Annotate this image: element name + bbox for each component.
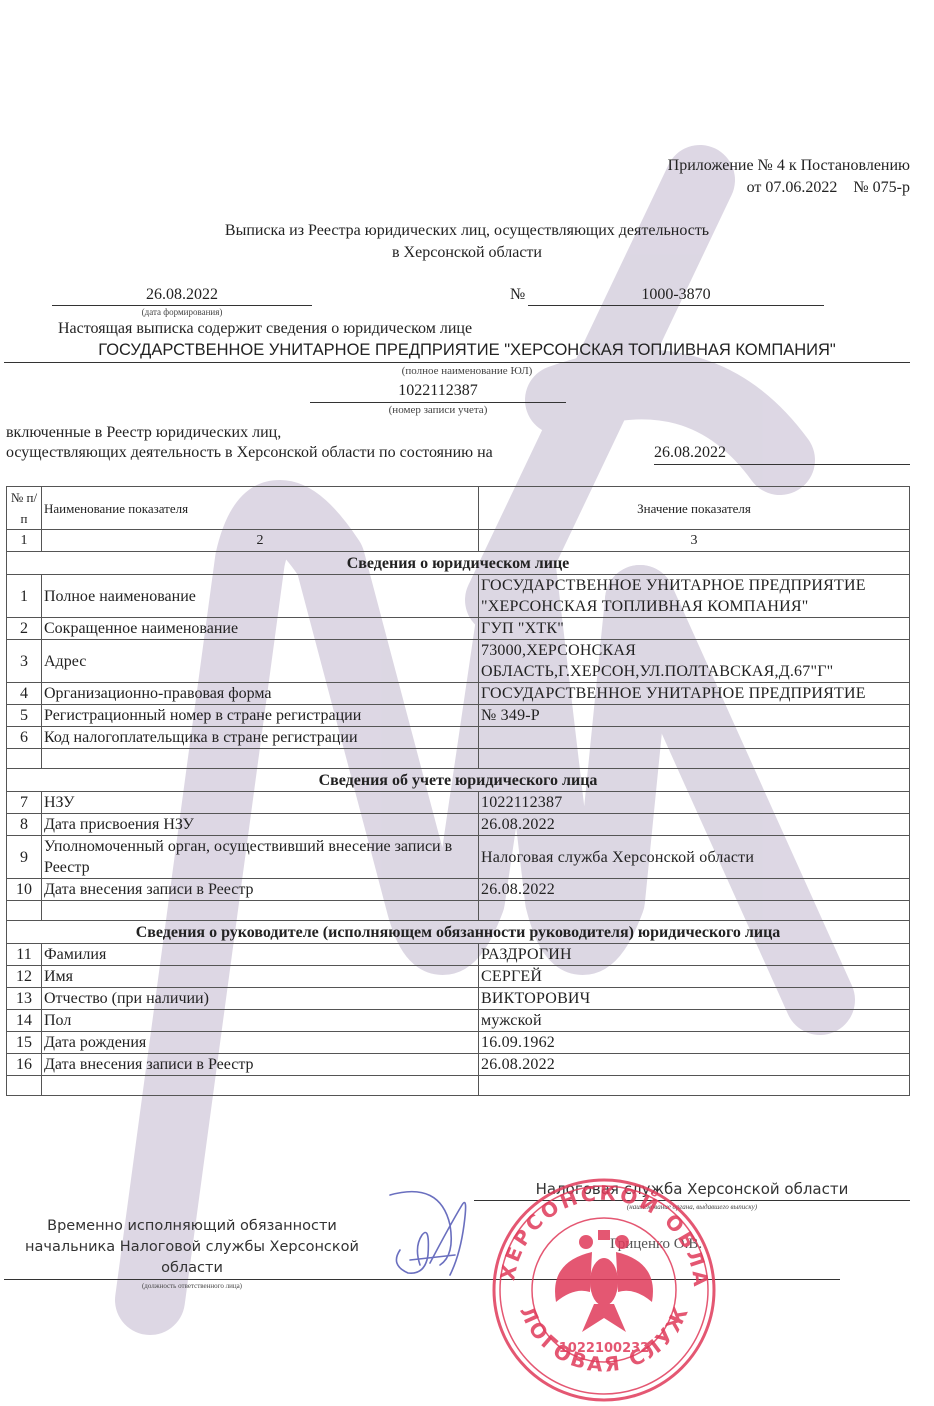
row-number: 11 [7, 944, 42, 966]
row-number: 2 [7, 618, 42, 640]
record-caption: (номер записи учета) [310, 404, 566, 416]
row-number: 5 [7, 705, 42, 727]
row-number: 4 [7, 683, 42, 705]
table-row: 14Полмужской [7, 1010, 910, 1032]
extract-number: 1000-3870 [528, 286, 824, 304]
appendix-reference: Приложение № 4 к Постановлению от 07.06.… [668, 155, 910, 199]
table-row: 13Отчество (при наличии)ВИКТОРОВИЧ [7, 988, 910, 1010]
row-indicator-name: Дата присвоения НЗУ [42, 814, 479, 836]
section-header-row: Сведения об учете юридического лица [7, 769, 910, 792]
empty-cell [42, 749, 479, 769]
row-indicator-value: мужской [479, 1010, 910, 1032]
empty-row [7, 749, 910, 769]
appendix-line1: Приложение № 4 к Постановлению [668, 155, 910, 177]
row-indicator-value: 16.09.1962 [479, 1032, 910, 1054]
header-num: № п/п [7, 487, 42, 530]
entity-underline [4, 362, 910, 363]
empty-cell [42, 1076, 479, 1096]
index-col-3: 3 [479, 530, 910, 552]
row-indicator-name: Дата рождения [42, 1032, 479, 1054]
row-indicator-value: 26.08.2022 [479, 814, 910, 836]
date-underline [52, 305, 312, 306]
date-caption: (дата формирования) [52, 307, 312, 317]
row-indicator-value: № 349-Р [479, 705, 910, 727]
empty-cell [479, 749, 910, 769]
number-label: № [510, 286, 525, 304]
table-header-row: № п/п Наименование показателя Значение п… [7, 487, 910, 530]
row-indicator-name: НЗУ [42, 792, 479, 814]
row-number: 7 [7, 792, 42, 814]
entity-full-name: ГОСУДАРСТВЕННОЕ УНИТАРНОЕ ПРЕДПРИЯТИЕ "Х… [0, 341, 934, 360]
extract-date: 26.08.2022 [52, 286, 312, 304]
row-indicator-value: ГОСУДАРСТВЕННОЕ УНИТАРНОЕ ПРЕДПРИЯТИЕ "Х… [479, 575, 910, 618]
row-indicator-value [479, 727, 910, 749]
table-row: 11ФамилияРАЗДРОГИН [7, 944, 910, 966]
section-header-row: Сведения о руководителе (исполняющем обя… [7, 921, 910, 944]
empty-cell [42, 901, 479, 921]
document-page: Приложение № 4 к Постановлению от 07.06.… [0, 0, 934, 1406]
intro-text: Настоящая выписка содержит сведения о юр… [58, 320, 472, 338]
row-number: 16 [7, 1054, 42, 1076]
table-row: 8Дата присвоения НЗУ26.08.2022 [7, 814, 910, 836]
title-line2: в Херсонской области [0, 242, 934, 264]
title-line1: Выписка из Реестра юридических лиц, осущ… [0, 220, 934, 242]
entity-caption: (полное наименование ЮЛ) [0, 365, 934, 377]
empty-cell [7, 901, 42, 921]
included-line2: осуществляющих деятельность в Херсонской… [6, 444, 493, 462]
row-indicator-name: Полное наименование [42, 575, 479, 618]
table-row: 4Организационно-правовая формаГОСУДАРСТВ… [7, 683, 910, 705]
row-indicator-name: Фамилия [42, 944, 479, 966]
table-row: 3Адрес73000,ХЕРСОНСКАЯ ОБЛАСТЬ,Г.ХЕРСОН,… [7, 640, 910, 683]
table-row: 9Уполномоченный орган, осуществивший вне… [7, 836, 910, 879]
table-row: 15Дата рождения16.09.1962 [7, 1032, 910, 1054]
position-line2: начальника Налоговой службы Херсонской [0, 1237, 384, 1258]
row-number: 13 [7, 988, 42, 1010]
position-line1: Временно исполняющий обязанности [0, 1216, 384, 1237]
section-header-row: Сведения о юридическом лице [7, 552, 910, 575]
empty-row [7, 901, 910, 921]
appendix-line2: от 07.06.2022 № 075-р [668, 177, 910, 199]
table-row: 12ИмяСЕРГЕЙ [7, 966, 910, 988]
row-indicator-value: 26.08.2022 [479, 1054, 910, 1076]
record-number: 1022112387 [310, 382, 566, 400]
row-indicator-name: Пол [42, 1010, 479, 1032]
row-number: 1 [7, 575, 42, 618]
table-row: 7НЗУ1022112387 [7, 792, 910, 814]
row-number: 9 [7, 836, 42, 879]
empty-row [7, 1076, 910, 1096]
row-number: 3 [7, 640, 42, 683]
table-row: 2Сокращенное наименованиеГУП "ХТК" [7, 618, 910, 640]
row-indicator-value: ВИКТОРОВИЧ [479, 988, 910, 1010]
document-title: Выписка из Реестра юридических лиц, осущ… [0, 220, 934, 264]
empty-cell [7, 749, 42, 769]
row-indicator-value: 73000,ХЕРСОНСКАЯ ОБЛАСТЬ,Г.ХЕРСОН,УЛ.ПОЛ… [479, 640, 910, 683]
section-title: Сведения о юридическом лице [7, 552, 910, 575]
row-indicator-name: Регистрационный номер в стране регистрац… [42, 705, 479, 727]
header-value: Значение показателя [479, 487, 910, 530]
row-indicator-value: ГОСУДАРСТВЕННОЕ УНИТАРНОЕ ПРЕДПРИЯТИЕ [479, 683, 910, 705]
register-table: № п/п Наименование показателя Значение п… [6, 486, 910, 1096]
signer-name: Гриценко О.В. [610, 1236, 702, 1253]
authority-underline [474, 1200, 910, 1201]
row-indicator-name: Дата внесения записи в Реестр [42, 879, 479, 901]
row-number: 8 [7, 814, 42, 836]
table-row: 6Код налогоплательщика в стране регистра… [7, 727, 910, 749]
table-index-row: 1 2 3 [7, 530, 910, 552]
row-indicator-name: Отчество (при наличии) [42, 988, 479, 1010]
index-col-2: 2 [42, 530, 479, 552]
row-number: 15 [7, 1032, 42, 1054]
row-number: 14 [7, 1010, 42, 1032]
issuing-authority: Налоговая служба Херсонской области [474, 1180, 910, 1198]
signature-underline [4, 1279, 840, 1280]
row-indicator-value: СЕРГЕЙ [479, 966, 910, 988]
row-indicator-name: Дата внесения записи в Реестр [42, 1054, 479, 1076]
row-indicator-name: Организационно-правовая форма [42, 683, 479, 705]
record-underline [310, 402, 566, 403]
empty-cell [7, 1076, 42, 1096]
number-underline [528, 305, 824, 306]
authority-caption: (наименование органа, выдавшего выписку) [474, 1203, 910, 1211]
row-indicator-name: Адрес [42, 640, 479, 683]
index-col-1: 1 [7, 530, 42, 552]
section-title: Сведения об учете юридического лица [7, 769, 910, 792]
as-of-date: 26.08.2022 [654, 444, 726, 462]
row-indicator-value: РАЗДРОГИН [479, 944, 910, 966]
empty-cell [479, 901, 910, 921]
table-row: 1Полное наименованиеГОСУДАРСТВЕННОЕ УНИТ… [7, 575, 910, 618]
row-number: 10 [7, 879, 42, 901]
position-caption: (должность ответственного лица) [0, 1282, 384, 1290]
position-line3: области [0, 1258, 384, 1279]
row-indicator-value: 26.08.2022 [479, 879, 910, 901]
as-of-underline [654, 464, 910, 465]
table-row: 16Дата внесения записи в Реестр26.08.202… [7, 1054, 910, 1076]
table-row: 10Дата внесения записи в Реестр26.08.202… [7, 879, 910, 901]
row-indicator-name: Имя [42, 966, 479, 988]
empty-cell [479, 1076, 910, 1096]
table-row: 5Регистрационный номер в стране регистра… [7, 705, 910, 727]
header-name: Наименование показателя [42, 487, 479, 530]
row-number: 6 [7, 727, 42, 749]
included-line1: включенные в Реестр юридических лиц, [6, 424, 281, 442]
row-indicator-value: 1022112387 [479, 792, 910, 814]
row-indicator-value: Налоговая служба Херсонской области [479, 836, 910, 879]
row-indicator-value: ГУП "ХТК" [479, 618, 910, 640]
row-indicator-name: Код налогоплательщика в стране регистрац… [42, 727, 479, 749]
row-indicator-name: Уполномоченный орган, осуществивший внес… [42, 836, 479, 879]
signer-position: Временно исполняющий обязанности начальн… [0, 1216, 384, 1279]
row-indicator-name: Сокращенное наименование [42, 618, 479, 640]
row-number: 12 [7, 966, 42, 988]
section-title: Сведения о руководителе (исполняющем обя… [7, 921, 910, 944]
